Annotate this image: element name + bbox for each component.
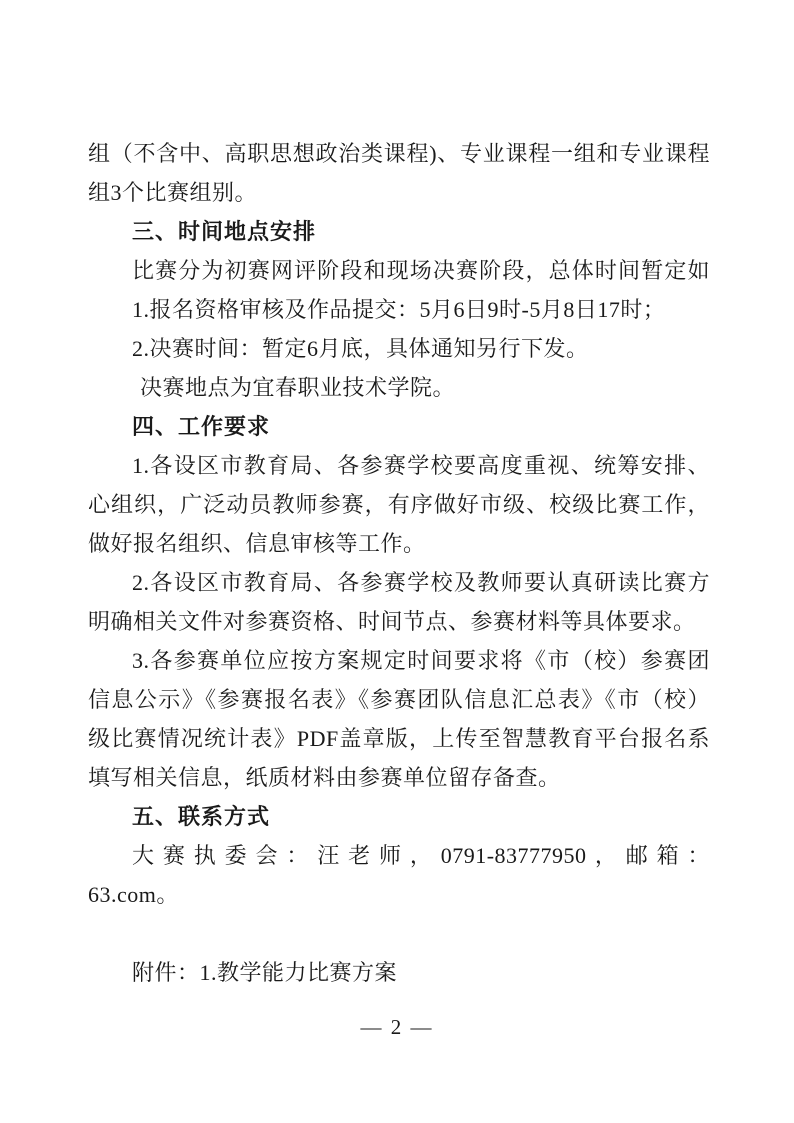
section-heading-contact: 五、联系方式 (88, 797, 710, 836)
body-line: 2.各设区市教育局、各参赛学校及教师要认真研读比赛方案， (88, 563, 710, 602)
page-number: — 2 — (0, 1008, 794, 1047)
body-line: 级比赛情况统计表》PDF盖章版，上传至智慧教育平台报名系统并 (88, 719, 710, 758)
body-line contact-line: 63.com。 (88, 875, 710, 914)
body-line: 填写相关信息，纸质材料由参赛单位留存备查。 (88, 758, 710, 797)
section-heading-work-requirements: 四、工作要求 (88, 407, 710, 446)
document-page: 组（不含中、高职思想政治类课程)、专业课程一组和专业课程二 组3个比赛组别。 三… (0, 0, 794, 1123)
body-line: 做好报名组织、信息审核等工作。 (88, 524, 710, 563)
body-line: 比赛分为初赛网评阶段和现场决赛阶段，总体时间暂定如下： (88, 251, 710, 290)
attachment-line: 附件：1.教学能力比赛方案 (88, 953, 710, 992)
body-line: 1.报名资格审核及作品提交：5月6日9时-5月8日17时； (88, 290, 710, 329)
paragraph-continuation-line: 组（不含中、高职思想政治类课程)、专业课程一组和专业课程二 (88, 134, 710, 173)
document-body: 组（不含中、高职思想政治类课程)、专业课程一组和专业课程二 组3个比赛组别。 三… (88, 134, 710, 992)
paragraph-continuation-line: 组3个比赛组别。 (88, 173, 710, 212)
body-line: 心组织，广泛动员教师参赛，有序做好市级、校级比赛工作，并 (88, 485, 710, 524)
body-line: 明确相关文件对参赛资格、时间节点、参赛材料等具体要求。 (88, 602, 710, 641)
body-line contact-line: 大赛执委会：汪老师，0791-83777950，邮箱：jxjndsbgs@1 (88, 836, 710, 875)
section-heading-time-place: 三、时间地点安排 (88, 212, 710, 251)
body-line: 信息公示》《参赛报名表》《参赛团队信息汇总表》《市（校） (88, 680, 710, 719)
body-line: 决赛地点为宜春职业技术学院。 (88, 368, 710, 407)
body-line: 3.各参赛单位应按方案规定时间要求将《市（校）参赛团队 (88, 641, 710, 680)
body-line: 2.决赛时间：暂定6月底，具体通知另行下发。 (88, 329, 710, 368)
blank-line (88, 914, 710, 953)
body-line: 1.各设区市教育局、各参赛学校要高度重视、统筹安排、精 (88, 446, 710, 485)
